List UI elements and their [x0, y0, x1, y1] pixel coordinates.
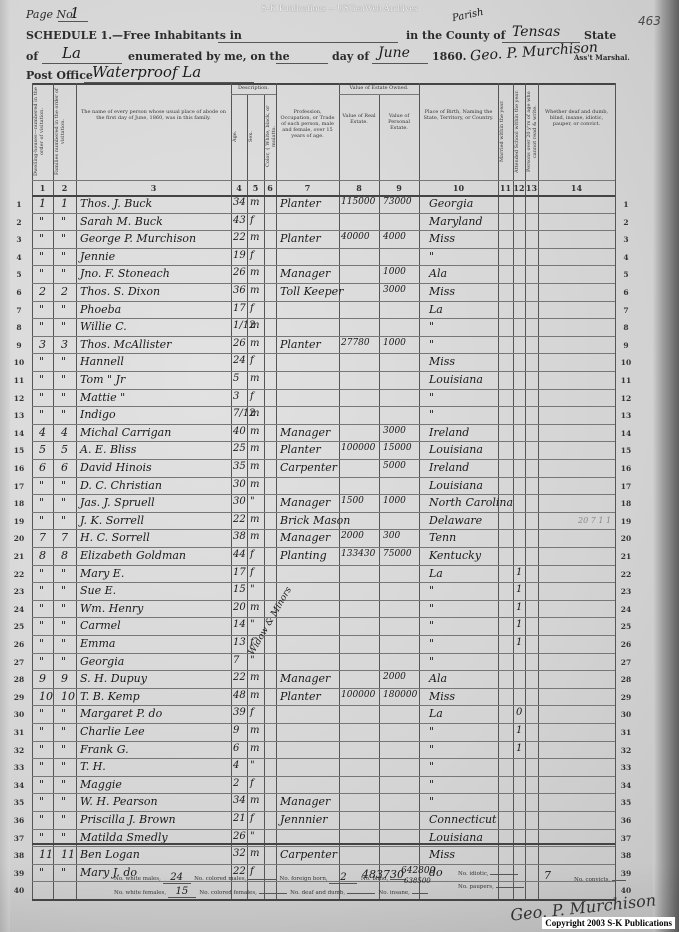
line-number-left: 13: [10, 411, 28, 420]
convicts-field: No. convicts,: [574, 877, 626, 883]
birthplace: Ireland: [429, 426, 469, 439]
person-name: H. C. Sorrell: [80, 531, 150, 544]
person-name: A. E. Bliss: [80, 443, 136, 456]
dwelling-number: 11: [39, 848, 53, 861]
dwelling-number: ": [39, 408, 44, 421]
line-number-left: 22: [10, 570, 28, 579]
idiotic-value: [490, 874, 518, 875]
column-number-13: 13: [525, 183, 538, 193]
personal-estate-value: 2000: [383, 672, 406, 682]
dwelling-number: 6: [39, 461, 46, 474]
person-age: 32: [233, 848, 246, 859]
paupers-field: No. paupers,: [458, 884, 524, 890]
person-name: Elizabeth Goldman: [80, 549, 186, 562]
census-table: Description.Value of Estate Owned.Dwelli…: [32, 83, 615, 843]
birthplace: ": [429, 725, 434, 738]
occupation: Planter: [280, 338, 321, 351]
column-header-9: Value of Personal Estate.: [382, 113, 416, 192]
birthplace: ": [429, 391, 434, 404]
school-total: 7: [544, 869, 551, 882]
family-number: ": [61, 743, 66, 756]
birthplace: La: [429, 707, 443, 720]
family-number: ": [61, 866, 66, 879]
post-office-label: Post Office: [26, 69, 93, 82]
person-sex: m: [250, 690, 259, 701]
census-page-image: S-K Publications -- USGenWeb Archives 46…: [0, 0, 679, 932]
family-number: 2: [61, 285, 68, 298]
dwelling-number: ": [39, 707, 44, 720]
person-sex: f: [250, 813, 254, 824]
row-line: [32, 811, 615, 812]
person-age: 43: [233, 215, 246, 226]
row-line: [32, 741, 615, 742]
row-line: [32, 406, 615, 407]
colored-males-label: No. colored males,: [194, 876, 246, 882]
real-estate-value: 100000: [341, 690, 375, 700]
family-number: ": [61, 778, 66, 791]
family-number: 8: [61, 549, 68, 562]
family-number: 1: [61, 197, 68, 210]
occupation: Carpenter: [280, 461, 337, 474]
column-number-8: 8: [339, 183, 379, 193]
month-value: June: [378, 45, 410, 61]
dwelling-number: 10: [39, 690, 53, 703]
person-name: Sue E.: [80, 584, 116, 597]
person-name: J. K. Sorrell: [80, 514, 144, 527]
row-line: [32, 793, 615, 794]
person-age: 2: [233, 778, 239, 789]
family-number: ": [61, 408, 66, 421]
person-age: 20: [233, 602, 246, 613]
column-number-6: 6: [264, 183, 276, 193]
person-sex: m: [250, 373, 259, 384]
line-number-left: 37: [10, 834, 28, 843]
person-age: 13: [233, 637, 246, 648]
personal-estate-total: 642800: [401, 866, 435, 876]
person-sex: m: [250, 795, 259, 806]
line-number-right: 36: [617, 816, 635, 825]
personal-estate-value: 3000: [383, 285, 406, 295]
person-sex: f: [250, 391, 254, 402]
person-name: Tom " Jr: [80, 373, 125, 386]
line-number-right: 34: [617, 781, 635, 790]
dwelling-number: ": [39, 743, 44, 756]
line-number-left: 3: [10, 235, 28, 244]
column-header-13: Persons over 20 y'rs of age who cannot r…: [526, 87, 537, 176]
line-number-left: 36: [10, 816, 28, 825]
deaf-dumb-label: No. deaf and dumb,: [290, 890, 345, 896]
column-divider: [615, 83, 616, 899]
person-name: Margaret P. do: [80, 707, 162, 720]
dwelling-number: ": [39, 655, 44, 668]
birthplace: Ala: [429, 267, 447, 280]
row-line: [32, 635, 615, 636]
person-age: 26: [233, 831, 246, 842]
person-sex: m: [250, 602, 259, 613]
family-number: 4: [61, 426, 68, 439]
birthplace: ": [429, 778, 434, 791]
person-sex: m: [250, 514, 259, 525]
line-number-right: 15: [617, 446, 635, 455]
person-age: 40: [233, 426, 246, 437]
line-number-right: 24: [617, 605, 635, 614]
convicts-value: [612, 880, 626, 881]
attended-school-mark: 1: [516, 637, 522, 648]
person-sex: m: [250, 426, 259, 437]
dwelling-number: ": [39, 567, 44, 580]
person-age: 22: [233, 514, 246, 525]
column-number-2: 2: [53, 183, 76, 193]
family-number: ": [61, 584, 66, 597]
real-estate-value: 40000: [341, 232, 370, 242]
person-name: Ben Logan: [80, 848, 140, 861]
birthplace: Miss: [429, 690, 455, 703]
person-sex: m: [250, 672, 259, 683]
dwelling-number: ": [39, 479, 44, 492]
row-line: [32, 459, 615, 460]
month-line: [372, 63, 428, 64]
person-age: 21: [233, 813, 246, 824]
attended-school-mark: 1: [516, 743, 522, 754]
person-name: Jas. J. Spruell: [80, 496, 155, 509]
person-age: 15: [233, 584, 246, 595]
family-number: ": [61, 303, 66, 316]
line-number-left: 34: [10, 781, 28, 790]
census-year: 1860.: [432, 50, 466, 63]
family-number: ": [61, 831, 66, 844]
dwelling-number: ": [39, 637, 44, 650]
person-age: 44: [233, 549, 246, 560]
row-line: [32, 758, 615, 759]
line-number-right: 14: [617, 429, 635, 438]
line-number-left: 25: [10, 622, 28, 631]
dwelling-number: ": [39, 866, 44, 879]
dwelling-number: 2: [39, 285, 46, 298]
person-age: 5: [233, 373, 239, 384]
column-number-1: 1: [32, 183, 53, 193]
birthplace: ": [429, 408, 434, 421]
birthplace: Kentucky: [429, 549, 481, 562]
person-name: D. C. Christian: [80, 479, 162, 492]
line-number-left: 31: [10, 728, 28, 737]
real-estate-value: 100000: [341, 443, 375, 453]
line-number-left: 14: [10, 429, 28, 438]
line-number-right: 23: [617, 587, 635, 596]
dwelling-number: ": [39, 584, 44, 597]
row-line: [32, 829, 615, 830]
row-line: [32, 265, 615, 266]
birthplace: Ala: [429, 672, 447, 685]
real-estate-value: 133430: [341, 549, 375, 559]
row-line: [32, 565, 615, 566]
person-age: 19: [233, 250, 246, 261]
summary-row-2: No. white females, 15 No. colored female…: [114, 886, 428, 898]
person-sex: m: [250, 232, 259, 243]
line-number-left: 26: [10, 640, 28, 649]
table-bottom-border: [32, 843, 615, 845]
attended-school-mark: 1: [516, 619, 522, 630]
line-number-right: 4: [617, 253, 635, 262]
family-number: ": [61, 479, 66, 492]
row-line: [32, 494, 615, 495]
person-name: Frank G.: [80, 743, 129, 756]
person-name: Thos. J. Buck: [80, 197, 152, 210]
person-name: Indigo: [80, 408, 116, 421]
row-line: [32, 653, 615, 654]
person-name: Matilda Smedly: [80, 831, 168, 844]
column-divider: [379, 94, 380, 899]
foreign-born-value: 2: [329, 872, 357, 884]
person-name: W. H. Pearson: [80, 795, 158, 808]
attended-school-mark: 1: [516, 725, 522, 736]
personal-estate-total-alt: 638500: [404, 877, 431, 885]
person-sex: m: [250, 531, 259, 542]
rows-bottom-line: [32, 899, 615, 901]
line-number-right: 9: [617, 341, 635, 350]
line-number-right: 29: [617, 693, 635, 702]
line-number-right: 6: [617, 288, 635, 297]
attended-school-mark: 1: [516, 567, 522, 578]
dwelling-number: ": [39, 619, 44, 632]
person-name: Carmel: [80, 619, 121, 632]
faint-note-line-21: 20 7 1 1: [578, 516, 611, 525]
family-number: ": [61, 232, 66, 245]
line-number-right: 27: [617, 658, 635, 667]
schedule-title: SCHEDULE 1.—Free Inhabitants in: [26, 29, 242, 42]
column-number-4: 4: [231, 183, 247, 193]
line-number-right: 38: [617, 851, 635, 860]
dwelling-number: ": [39, 725, 44, 738]
column-header-11: Married within the year.: [499, 87, 512, 176]
family-number: 6: [61, 461, 68, 474]
personal-estate-value: 3000: [383, 426, 406, 436]
marshal-label: Ass't Marshal.: [574, 53, 630, 62]
family-number: 7: [61, 531, 68, 544]
row-line: [32, 582, 615, 583]
line-number-right: 21: [617, 552, 635, 561]
family-number: ": [61, 813, 66, 826]
person-name: Thos. McAllister: [80, 338, 171, 351]
convicts-label: No. convicts,: [574, 877, 610, 883]
dwelling-number: ": [39, 760, 44, 773]
line-number-left: 27: [10, 658, 28, 667]
person-age: 39: [233, 707, 246, 718]
birthplace: Louisiana: [429, 373, 483, 386]
column-number-5: 5: [247, 183, 264, 193]
page-number-value: 1: [70, 4, 80, 22]
paupers-value: [496, 887, 524, 888]
occupation: Manager: [280, 795, 330, 808]
person-name: S. H. Dupuy: [80, 672, 147, 685]
day-of-label: day of: [332, 50, 369, 63]
deaf-dumb-value: [347, 893, 375, 894]
family-number: ": [61, 795, 66, 808]
column-number-11: 11: [498, 183, 513, 193]
birthplace: Delaware: [429, 514, 482, 527]
birthplace: ": [429, 619, 434, 632]
column-number-12: 12: [513, 183, 525, 193]
attended-school-mark: 0: [516, 707, 522, 718]
dwelling-number: ": [39, 496, 44, 509]
column-divider: [264, 94, 265, 899]
column-number-3: 3: [76, 183, 231, 193]
row-line: [32, 600, 615, 601]
line-number-left: 8: [10, 323, 28, 332]
birthplace: Miss: [429, 285, 455, 298]
paupers-label: No. paupers,: [458, 884, 494, 890]
dwelling-number: ": [39, 232, 44, 245]
family-number: 11: [61, 848, 75, 861]
birthplace: ": [429, 655, 434, 668]
birthplace: ": [429, 795, 434, 808]
row-line: [32, 705, 615, 706]
person-age: 25: [233, 443, 246, 454]
line-number-left: 38: [10, 851, 28, 860]
person-name: Georgia: [80, 655, 124, 668]
insane-label: No. insane,: [378, 890, 409, 896]
personal-estate-value: 15000: [383, 443, 412, 453]
dwelling-number: ": [39, 303, 44, 316]
person-sex: m: [250, 725, 259, 736]
person-age: 48: [233, 690, 246, 701]
column-divider: [247, 94, 248, 899]
line-number-left: 29: [10, 693, 28, 702]
person-sex: ": [250, 760, 255, 771]
row-line: [32, 336, 615, 337]
line-number-left: 39: [10, 869, 28, 878]
line-number-right: 17: [617, 482, 635, 491]
foreign-born-label: No. foreign born,: [280, 876, 328, 882]
line-number-right: 35: [617, 798, 635, 807]
row-line: [32, 301, 615, 302]
row-line: [32, 230, 615, 231]
birthplace: ": [429, 743, 434, 756]
person-age: 4: [233, 760, 239, 771]
occupation: Planter: [280, 232, 321, 245]
state-value: La: [62, 44, 81, 62]
line-number-right: 16: [617, 464, 635, 473]
family-number: ": [61, 619, 66, 632]
row-line: [32, 547, 615, 548]
family-number: ": [61, 514, 66, 527]
person-name: Phoeba: [80, 303, 121, 316]
occupation: Manager: [280, 496, 330, 509]
row-line: [32, 318, 615, 319]
person-name: David Hinois: [80, 461, 152, 474]
person-age: 34: [233, 795, 246, 806]
dwelling-number: ": [39, 391, 44, 404]
family-number: 5: [61, 443, 68, 456]
line-number-left: 35: [10, 798, 28, 807]
birthplace: La: [429, 303, 443, 316]
line-number-left: 16: [10, 464, 28, 473]
page-number-label: Page No.: [26, 8, 76, 21]
row-line: [32, 864, 615, 865]
line-number-left: 7: [10, 306, 28, 315]
row-line: [32, 617, 615, 618]
line-number-left: 28: [10, 675, 28, 684]
colored-females-label: No. colored females,: [199, 890, 257, 896]
occupation: Manager: [280, 531, 330, 544]
personal-estate-value: 180000: [383, 690, 417, 700]
person-name: Wm. Henry: [80, 602, 143, 615]
family-number: ": [61, 496, 66, 509]
person-sex: f: [250, 303, 254, 314]
post-office-value: Waterproof La: [92, 63, 201, 81]
birthplace: Georgia: [429, 197, 473, 210]
birthplace: Miss: [429, 848, 455, 861]
birthplace: Miss: [429, 232, 455, 245]
person-age: 30: [233, 479, 246, 490]
county-value: Tensas: [512, 24, 560, 40]
person-sex: f: [250, 355, 254, 366]
person-name: Michal Carrigan: [80, 426, 171, 439]
birthplace: La: [429, 567, 443, 580]
occupation: Planting: [280, 549, 327, 562]
line-number-left: 24: [10, 605, 28, 614]
dwelling-number: ": [39, 355, 44, 368]
dwelling-number: ": [39, 831, 44, 844]
person-age: 14: [233, 619, 246, 630]
row-line: [32, 688, 615, 689]
person-name: Jno. F. Stoneach: [80, 267, 170, 280]
line-number-right: 12: [617, 394, 635, 403]
person-age: 3: [233, 391, 239, 402]
line-number-left: 11: [10, 376, 28, 385]
occupation: Manager: [280, 267, 330, 280]
person-age: 17: [233, 567, 246, 578]
line-number-left: 18: [10, 499, 28, 508]
family-number: 10: [61, 690, 75, 703]
occupation: Toll Keeper: [280, 285, 343, 298]
real-estate-total: 483730: [362, 868, 404, 881]
birthplace: Louisiana: [429, 479, 483, 492]
row-line: [32, 353, 615, 354]
white-males-label: No. white males,: [114, 876, 161, 882]
line-number-right: 13: [617, 411, 635, 420]
dwelling-number: ": [39, 602, 44, 615]
insane-value: [412, 893, 428, 894]
column-header-1: Dwelling-houses—numbered in the order of…: [33, 87, 52, 176]
person-name: Sarah M. Buck: [80, 215, 163, 228]
day-line: [276, 63, 328, 64]
page-edge-left: [0, 0, 10, 932]
column-header-6: Color, { White, black, or mulatto.: [265, 97, 275, 176]
copyright-notice: Copyright 2003 S-K Publications: [542, 917, 675, 929]
line-number-left: 10: [10, 358, 28, 367]
person-age: 26: [233, 267, 246, 278]
line-number-right: 7: [617, 306, 635, 315]
person-age: 9: [233, 725, 239, 736]
person-sex: m: [250, 443, 259, 454]
colored-females-value: [259, 893, 287, 894]
occupation: Carpenter: [280, 848, 337, 861]
line-number-left: 15: [10, 446, 28, 455]
dwelling-number: ": [39, 215, 44, 228]
column-number-14: 14: [538, 183, 615, 193]
dwelling-number: ": [39, 267, 44, 280]
attended-school-mark: 1: [516, 602, 522, 613]
family-number: 9: [61, 672, 68, 685]
inhabitants-in-line: [218, 42, 398, 43]
birthplace: Connecticut: [429, 813, 496, 826]
column-number-10: 10: [419, 183, 498, 193]
line-number-right: 18: [617, 499, 635, 508]
person-name: Thos. S. Dixon: [80, 285, 160, 298]
family-number: ": [61, 567, 66, 580]
line-number-right: 26: [617, 640, 635, 649]
person-name: Mattie ": [80, 391, 125, 404]
